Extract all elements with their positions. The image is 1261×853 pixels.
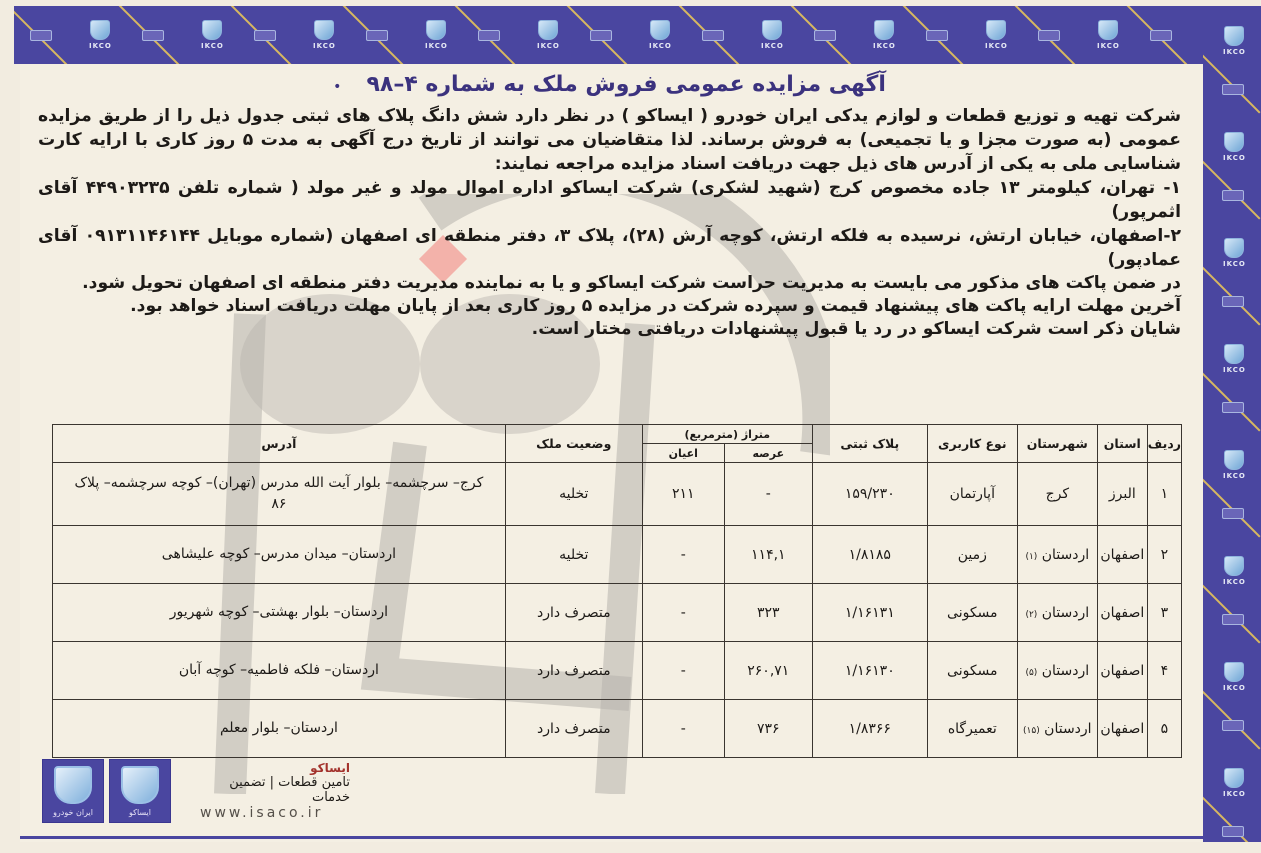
cell-address: کرج– سرچشمه– بلوار آیت الله مدرس (تهران)… [53, 463, 506, 526]
cell-building: - [642, 700, 724, 758]
ikco-tile-icon: IKCO [201, 20, 224, 50]
isaco-logo: ایساکو [109, 759, 171, 823]
header-province: استان [1097, 425, 1147, 463]
cell-building: - [642, 642, 724, 700]
cell-plate: ۱/۱۶۱۳۱ [812, 584, 927, 642]
notice-content: آگهی مزایده عمومی فروش ملک به شماره ۴–۹۸… [20, 64, 1203, 341]
footer-branding: ایران خودرو ایساکو ایساکو تامین قطعات | … [42, 756, 442, 826]
header-row-no: ردیف [1147, 425, 1181, 463]
cell-usage: آپارتمان [927, 463, 1017, 526]
cell-row-no: ۱ [1147, 463, 1181, 526]
isaco-tile-icon [1038, 30, 1060, 41]
isaco-tile-icon [1222, 296, 1244, 307]
cell-usage: مسکونی [927, 642, 1017, 700]
cell-city: اردستان (۲) [1017, 584, 1097, 642]
cell-address: اردستان– فلکه فاطمیه– کوچه آبان [53, 642, 506, 700]
table-row: ۳ اصفهان اردستان (۲) مسکونی ۱/۱۶۱۳۱ ۳۲۳ … [53, 584, 1182, 642]
cell-building: - [642, 526, 724, 584]
address-1: ۱- تهران، کیلومتر ۱۳ جاده مخصوص کرج (شهی… [38, 176, 1181, 224]
address-2: ۲-اصفهان، خیابان ارتش، نرسیده به فلکه ار… [38, 224, 1181, 272]
ikco-tile-icon: IKCO [1097, 20, 1120, 50]
ikco-tile-icon: IKCO [1223, 344, 1246, 374]
body-paragraph-2: آخرین مهلت ارایه پاکت های پیشنهاد قیمت و… [38, 295, 1181, 318]
diagonal-stripe [1203, 154, 1261, 219]
table-row: ۲ اصفهان اردستان (۱) زمین ۱/۸۱۸۵ ۱۱۴,۱ -… [53, 526, 1182, 584]
header-area-group: متراژ (مترمربع) [642, 425, 812, 444]
cell-land: ۳۲۳ [724, 584, 812, 642]
cell-city: کرج [1017, 463, 1097, 526]
ikco-tile-icon: IKCO [425, 20, 448, 50]
ikco-tile-icon: IKCO [537, 20, 560, 50]
isaco-tile-icon [254, 30, 276, 41]
isaco-tile-icon [1222, 84, 1244, 95]
isaco-tile-icon [1222, 508, 1244, 519]
header-city: شهرستان [1017, 425, 1097, 463]
header-building: اعیان [642, 444, 724, 463]
cell-city: اردستان (۵) [1017, 642, 1097, 700]
bottom-divider [20, 836, 1203, 839]
isaco-tile-icon [1222, 614, 1244, 625]
cell-building: ۲۱۱ [642, 463, 724, 526]
cell-province: اصفهان [1097, 584, 1147, 642]
horse-shield-icon [121, 766, 159, 804]
cell-land: - [724, 463, 812, 526]
horse-shield-icon [54, 766, 92, 804]
isaco-tile-icon [478, 30, 500, 41]
ikco-tile-icon: IKCO [1223, 450, 1246, 480]
table-row: ۴ اصفهان اردستان (۵) مسکونی ۱/۱۶۱۳۰ ۲۶۰,… [53, 642, 1182, 700]
ikco-tile-icon: IKCO [985, 20, 1008, 50]
footer-tagline: تامین قطعات | تضمین خدمات [200, 775, 350, 805]
isaco-tile-icon [1222, 190, 1244, 201]
title-row: آگهی مزایده عمومی فروش ملک به شماره ۴–۹۸… [38, 64, 1181, 104]
cell-address: اردستان– میدان مدرس– کوچه علیشاهی [53, 526, 506, 584]
isaco-tile-icon [30, 30, 52, 41]
cell-building: - [642, 584, 724, 642]
isaco-tile-icon [926, 30, 948, 41]
notice-paper: آگهی مزایده عمومی فروش ملک به شماره ۴–۹۸… [20, 64, 1203, 842]
isaco-tile-icon [1222, 720, 1244, 731]
cell-status: تخلیه [505, 526, 642, 584]
cell-plate: ۱۵۹/۲۳۰ [812, 463, 927, 526]
ikco-tile-icon: IKCO [1223, 556, 1246, 586]
ikco-logo: ایران خودرو [42, 759, 104, 823]
diagonal-stripe [1203, 260, 1261, 325]
isaco-tile-icon [366, 30, 388, 41]
isaco-tile-icon [1222, 826, 1244, 837]
ikco-tile-icon: IKCO [1223, 662, 1246, 692]
ikco-tile-icon: IKCO [761, 20, 784, 50]
cell-plate: ۱/۱۶۱۳۰ [812, 642, 927, 700]
ikco-tile-icon: IKCO [1223, 132, 1246, 162]
cell-status: متصرف دارد [505, 642, 642, 700]
cell-status: تخلیه [505, 463, 642, 526]
diagonal-stripe [1203, 684, 1261, 749]
cell-province: اصفهان [1097, 526, 1147, 584]
ikco-tile-icon: IKCO [89, 20, 112, 50]
cell-land: ۱۱۴,۱ [724, 526, 812, 584]
cell-row-no: ۲ [1147, 526, 1181, 584]
diagonal-stripe [1203, 366, 1261, 431]
body-paragraph-1: در ضمن پاکت های مذکور می بایست به مدیریت… [38, 272, 1181, 295]
cell-city: اردستان (۱) [1017, 526, 1097, 584]
top-border-band: IKCOIKCOIKCOIKCOIKCOIKCOIKCOIKCOIKCOIKCO… [14, 6, 1261, 64]
right-border-band: IKCOIKCOIKCOIKCOIKCOIKCOIKCOIKCO [1203, 6, 1261, 842]
property-table: ردیف استان شهرستان نوع کاربری پلاک ثبتی … [52, 424, 1182, 758]
ikco-tile-icon: IKCO [313, 20, 336, 50]
cell-plate: ۱/۸۱۸۵ [812, 526, 927, 584]
property-table-wrapper: ردیف استان شهرستان نوع کاربری پلاک ثبتی … [52, 424, 1182, 758]
table-row: ۱ البرز کرج آپارتمان ۱۵۹/۲۳۰ - ۲۱۱ تخلیه… [53, 463, 1182, 526]
cell-plate: ۱/۸۳۶۶ [812, 700, 927, 758]
cell-usage: تعمیرگاه [927, 700, 1017, 758]
isaco-tile-icon [1222, 402, 1244, 413]
isaco-tile-icon [814, 30, 836, 41]
title-bullet: • [333, 79, 341, 95]
cell-usage: زمین [927, 526, 1017, 584]
cell-address: اردستان– بلوار معلم [53, 700, 506, 758]
cell-province: البرز [1097, 463, 1147, 526]
ikco-tile-icon: IKCO [873, 20, 896, 50]
footer-text: ایساکو تامین قطعات | تضمین خدمات www.isa… [200, 761, 350, 821]
cell-row-no: ۴ [1147, 642, 1181, 700]
isaco-tile-icon [702, 30, 724, 41]
header-address: آدرس [53, 425, 506, 463]
header-plate: پلاک ثبتی [812, 425, 927, 463]
cell-row-no: ۵ [1147, 700, 1181, 758]
table-row: ۵ اصفهان اردستان (۱۵) تعمیرگاه ۱/۸۳۶۶ ۷۳… [53, 700, 1182, 758]
ikco-tile-icon: IKCO [1223, 238, 1246, 268]
diagonal-stripe [1203, 578, 1261, 643]
header-status: وضعیت ملک [505, 425, 642, 463]
isaco-tile-icon [590, 30, 612, 41]
isaco-tile-icon [142, 30, 164, 41]
diagonal-stripe [1203, 472, 1261, 537]
cell-province: اصفهان [1097, 700, 1147, 758]
intro-paragraph: شرکت تهیه و توزیع قطعات و لوازم یدکی ایر… [38, 104, 1181, 176]
isaco-tile-icon [1150, 30, 1172, 41]
cell-city: اردستان (۱۵) [1017, 700, 1097, 758]
ikco-tile-icon: IKCO [1223, 768, 1246, 798]
cell-address: اردستان– بلوار بهشتی– کوچه شهریور [53, 584, 506, 642]
cell-status: متصرف دارد [505, 584, 642, 642]
cell-land: ۷۳۶ [724, 700, 812, 758]
ikco-tile-icon: IKCO [649, 20, 672, 50]
header-land: عرصه [724, 444, 812, 463]
footer-brand: ایساکو [200, 761, 350, 775]
diagonal-stripe [1203, 48, 1261, 113]
cell-status: متصرف دارد [505, 700, 642, 758]
cell-usage: مسکونی [927, 584, 1017, 642]
cell-row-no: ۳ [1147, 584, 1181, 642]
body-paragraph-3: شایان ذکر است شرکت ایساکو در رد یا قبول … [38, 318, 1181, 341]
notice-title: آگهی مزایده عمومی فروش ملک به شماره ۴–۹۸ [366, 72, 885, 97]
cell-land: ۲۶۰,۷۱ [724, 642, 812, 700]
header-usage: نوع کاربری [927, 425, 1017, 463]
footer-url[interactable]: www.isaco.ir [200, 805, 350, 821]
cell-province: اصفهان [1097, 642, 1147, 700]
ikco-tile-icon: IKCO [1223, 26, 1246, 56]
